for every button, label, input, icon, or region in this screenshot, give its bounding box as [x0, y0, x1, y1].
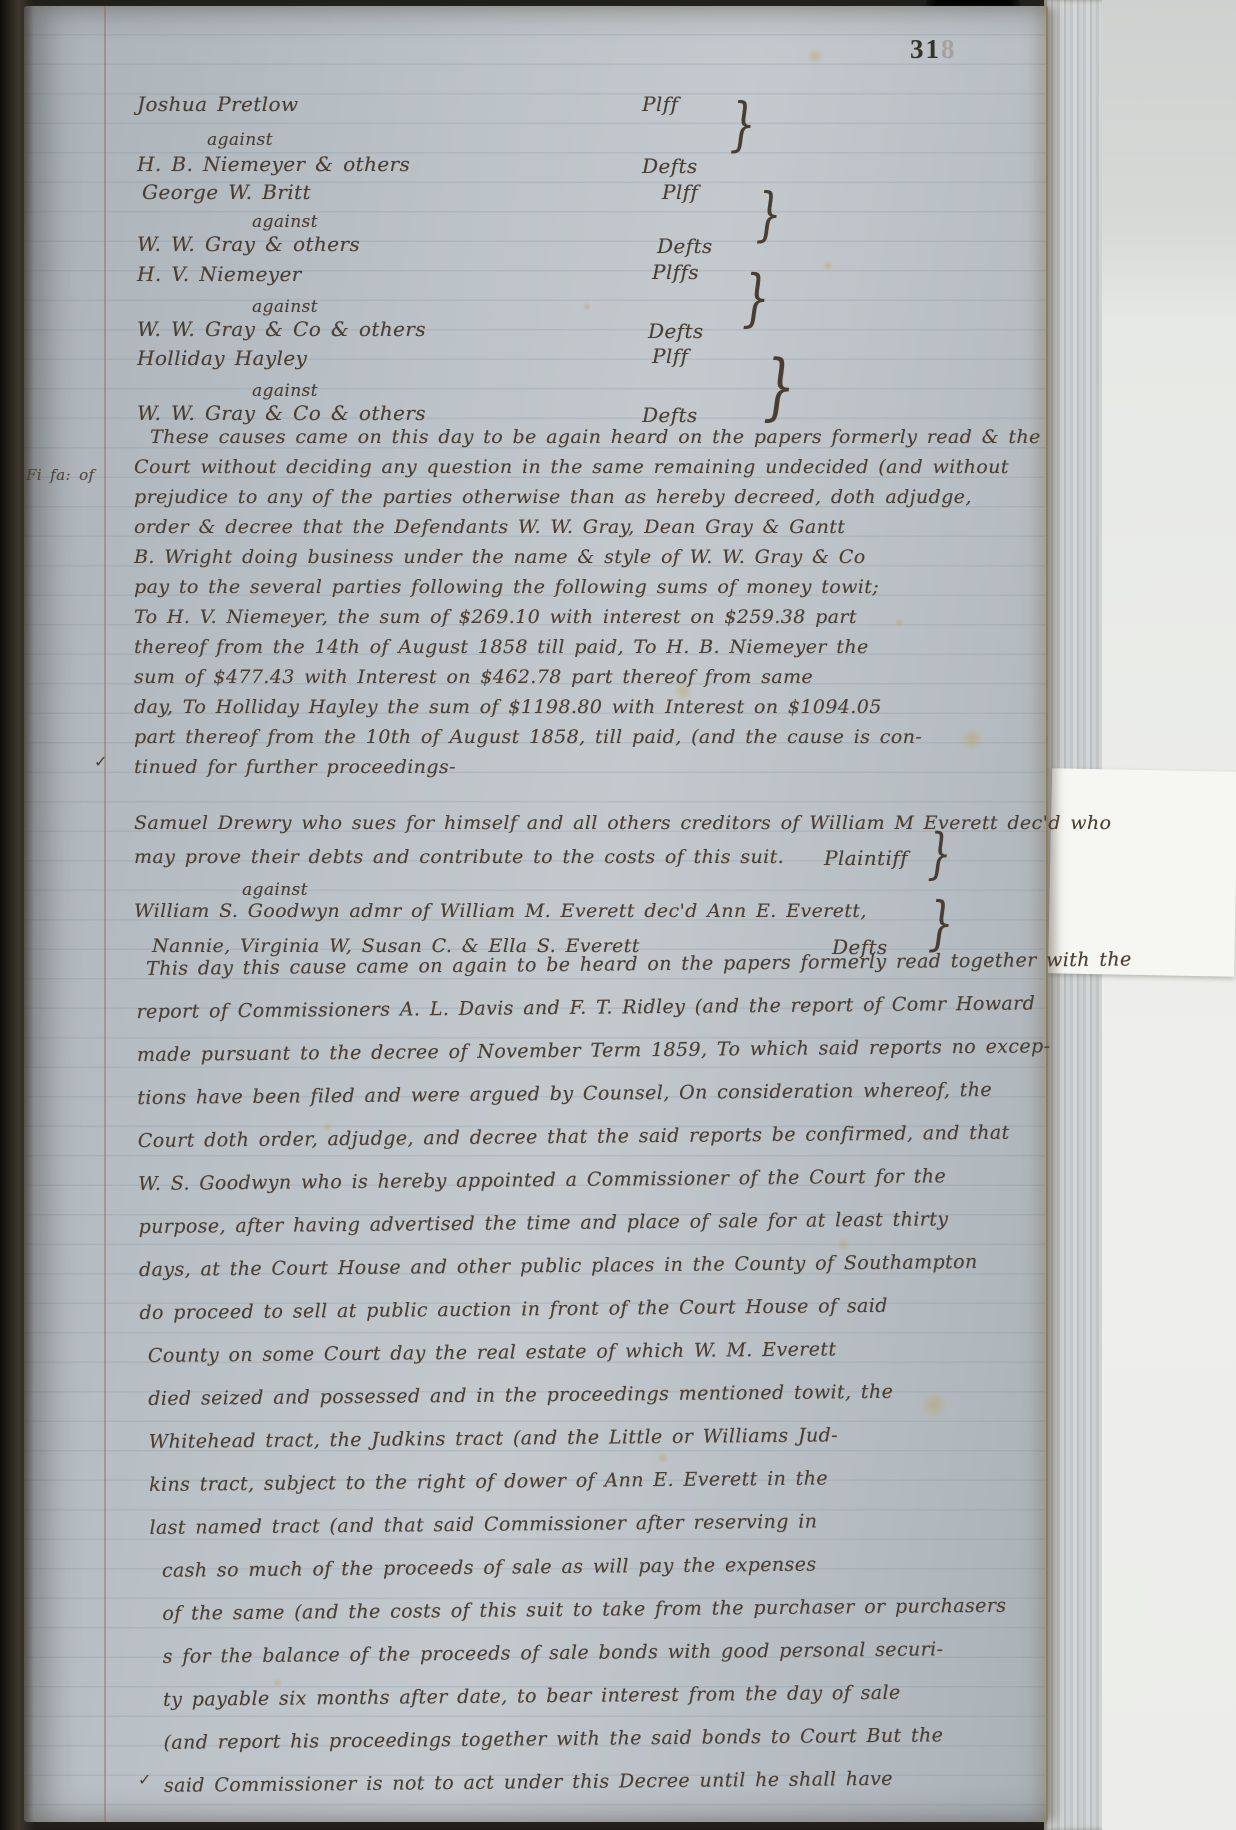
decree-line: pay to the several parties following the…	[134, 576, 1042, 606]
decree-line: order & decree that the Defendants W. W.…	[134, 516, 1042, 546]
drewry-plaintiff-label: Plaintiff	[824, 846, 908, 870]
stain	[806, 48, 824, 64]
stain	[822, 260, 834, 271]
drewry-caption-line2: may prove their debts and contribute to …	[134, 846, 784, 868]
case4-defendants-label: Defts	[642, 403, 698, 427]
case4-plaintiff-label: Plff	[652, 344, 688, 368]
decree-line: day, To Holliday Hayley the sum of $1198…	[134, 696, 1042, 726]
decree-line: said Commissioner is not to act under th…	[164, 1766, 1056, 1818]
stain	[582, 302, 592, 311]
decree-line: prejudice to any of the parties otherwis…	[134, 486, 1042, 516]
decree-line: B. Wright doing business under the name …	[134, 546, 1042, 576]
drewry-caption-line1: Samuel Drewry who sues for himself and a…	[134, 812, 1111, 834]
decree-line: thereof from the 14th of August 1858 til…	[134, 636, 1042, 666]
page-number-faint: 8	[941, 34, 957, 64]
checkmark: ✓	[94, 752, 107, 771]
decree-line: To H. V. Niemeyer, the sum of $269.10 wi…	[134, 606, 1042, 636]
case1-plaintiff-label: Plff	[642, 92, 678, 116]
drewry-against: against	[242, 880, 308, 900]
drewry-brace-plaintiff: }	[927, 824, 951, 884]
case1-against: against	[207, 130, 273, 150]
drewry-defendants-line1: William S. Goodwyn admr of William M. Ev…	[134, 900, 867, 922]
ledger-page: 318 Fi fa: of ✓ ✓ Joshua Pretlow Plff } …	[24, 6, 1048, 1822]
decree-line: tinued for further proceedings-	[134, 756, 1042, 786]
case2-plaintiff-label: Plff	[662, 180, 698, 204]
case2-against: against	[252, 212, 318, 232]
case3-defendants-label: Defts	[648, 319, 704, 343]
margin-note-fifa: Fi fa: of	[26, 466, 94, 484]
case3-plaintiff-label: Plffs	[652, 260, 699, 284]
decree-line: These causes came on this day to be agai…	[134, 426, 1042, 456]
case2-defendants: W. W. Gray & others	[137, 232, 360, 256]
drewry-brace-defendants: }	[928, 890, 954, 956]
case3-brace: }	[742, 264, 770, 332]
case4-brace: }	[763, 346, 795, 426]
case3-defendants: W. W. Gray & Co & others	[137, 317, 426, 341]
page-number-dark: 31	[910, 34, 941, 64]
case4-against: against	[252, 381, 318, 401]
case2-brace: }	[756, 182, 782, 246]
case2-plaintiff: George W. Britt	[142, 180, 311, 204]
decree-drewry: This day this cause came on again to be …	[136, 949, 1056, 1818]
decree-line: sum of $477.43 with Interest on $462.78 …	[134, 666, 1042, 696]
decree-line: part thereof from the 10th of August 185…	[134, 726, 1042, 756]
case2-defendants-label: Defts	[657, 234, 713, 258]
margin-rule-line	[104, 6, 106, 1822]
case1-defendants: H. B. Niemeyer & others	[137, 152, 410, 176]
case1-defendants-label: Defts	[642, 154, 698, 178]
case1-plaintiff: Joshua Pretlow	[137, 92, 298, 116]
case4-defendants: W. W. Gray & Co & others	[137, 401, 426, 425]
case4-plaintiff: Holliday Hayley	[137, 346, 307, 370]
page-number: 318	[910, 34, 957, 65]
decree-line: Court without deciding any question in t…	[134, 456, 1042, 486]
case3-plaintiff: H. V. Niemeyer	[137, 262, 302, 286]
book-binding	[0, 0, 34, 1830]
case1-brace: }	[730, 92, 756, 156]
decree-gray-co: These causes came on this day to be agai…	[134, 426, 1042, 786]
loose-white-sheet	[1048, 768, 1236, 977]
case3-against: against	[252, 297, 318, 317]
